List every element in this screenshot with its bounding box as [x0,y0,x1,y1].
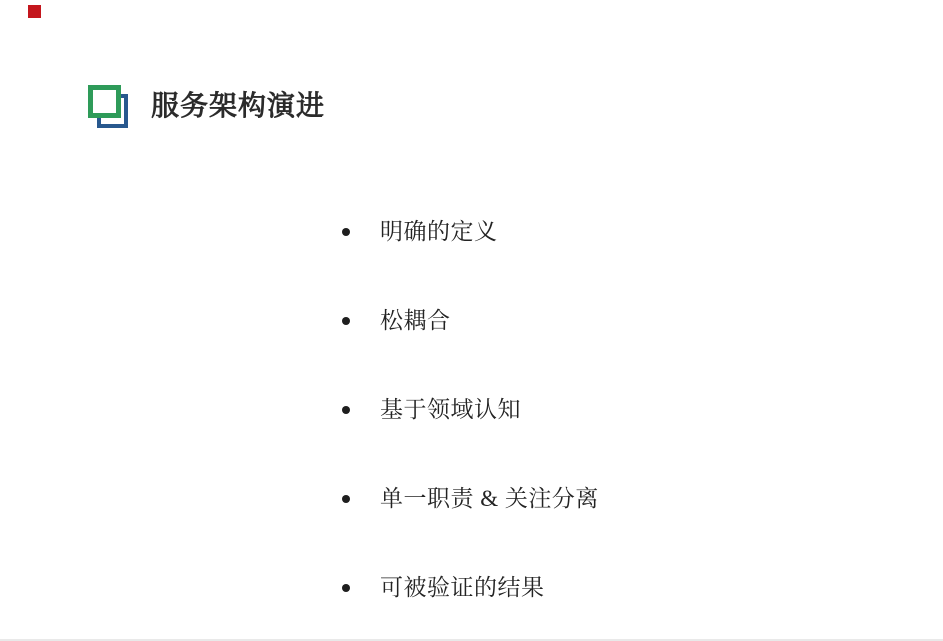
green-square-shape [88,85,121,118]
bullet-dot-icon [342,584,350,592]
bullet-dot-icon [342,228,350,236]
slide-canvas: 服务架构演进 明确的定义 松耦合 基于领域认知 单一职责 & 关注分离 可被验证… [0,0,943,641]
list-item: 可被验证的结果 [342,576,599,600]
red-marker [28,5,41,18]
list-item: 单一职责 & 关注分离 [342,487,599,511]
bullet-text: 基于领域认知 [380,398,521,422]
bullet-list: 明确的定义 松耦合 基于领域认知 单一职责 & 关注分离 可被验证的结果 [342,220,599,600]
bullet-text: 单一职责 & 关注分离 [380,487,599,511]
page-title: 服务架构演进 [151,92,325,122]
list-item: 松耦合 [342,309,599,333]
list-item: 明确的定义 [342,220,599,244]
bullet-dot-icon [342,495,350,503]
slide-header: 服务架构演进 [88,84,325,130]
bullet-text: 可被验证的结果 [380,576,545,600]
bullet-text: 松耦合 [380,309,451,333]
bullet-dot-icon [342,406,350,414]
list-item: 基于领域认知 [342,398,599,422]
overlapping-squares-icon [88,85,129,129]
bullet-dot-icon [342,317,350,325]
bullet-text: 明确的定义 [380,220,498,244]
